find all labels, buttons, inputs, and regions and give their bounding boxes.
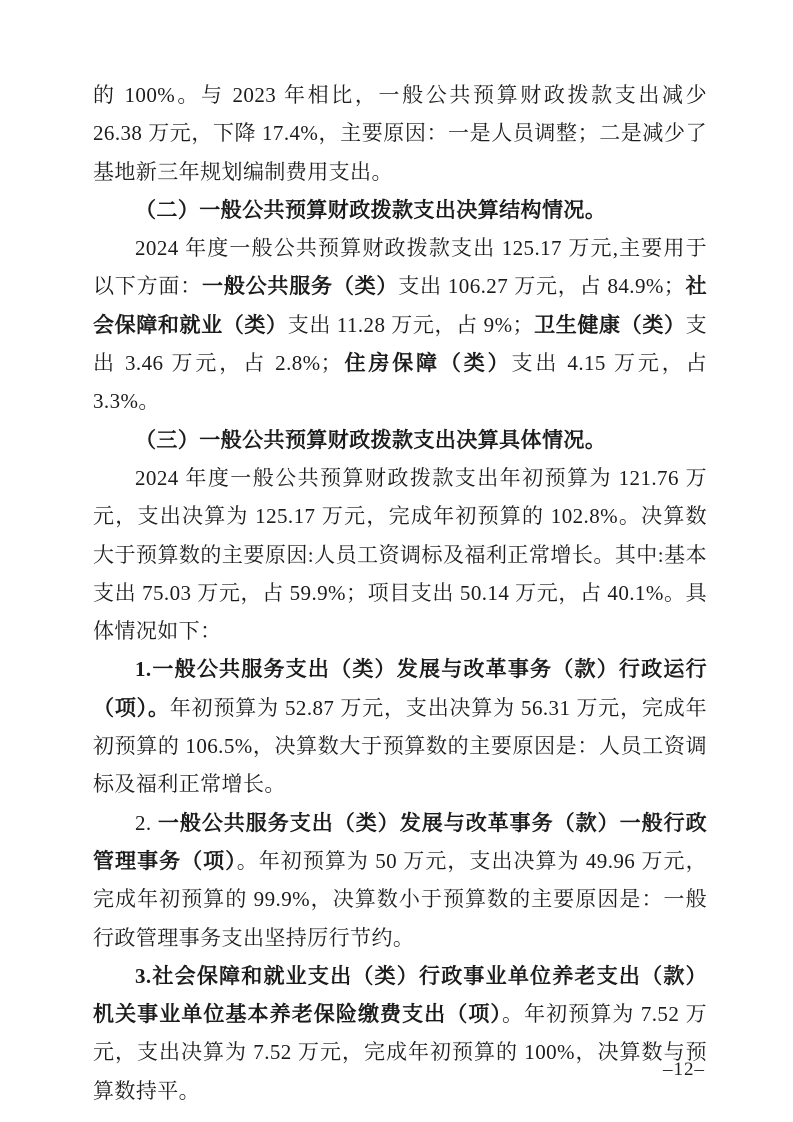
heading-text: （二）一般公共预算财政拨款支出决算结构情况。 — [135, 198, 606, 222]
page-body: 的 100%。与 2023 年相比，一般公共预算财政拨款支出减少 26.38 万… — [93, 76, 707, 1110]
paragraph-text: 的 100%。与 2023 年相比，一般公共预算财政拨款支出减少 26.38 万… — [93, 83, 707, 184]
paragraph-item-1: 1.一般公共服务支出（类）发展与改革事务（款）行政运行（项）。年初预算为 52.… — [93, 650, 707, 803]
text-run-bold: 住房保障（类） — [342, 351, 512, 375]
text-run-bold: 一般公共服务（类） — [202, 274, 398, 298]
paragraph-expenditure-structure: 2024 年度一般公共预算财政拨款支出 125.17 万元,主要用于以下方面：一… — [93, 229, 707, 420]
text-run: 支出 11.28 万元，占 9%； — [288, 313, 534, 337]
paragraph-text: 2024 年度一般公共预算财政拨款支出年初预算为 121.76 万元，支出决算为… — [93, 466, 707, 643]
page-number: –12– — [663, 1059, 705, 1081]
text-run-bold: 卫生健康（类） — [534, 313, 686, 337]
paragraph-expenditure-overview: 2024 年度一般公共预算财政拨款支出年初预算为 121.76 万元，支出决算为… — [93, 459, 707, 650]
paragraph-carryover: 的 100%。与 2023 年相比，一般公共预算财政拨款支出减少 26.38 万… — [93, 76, 707, 191]
heading-section-2: （二）一般公共预算财政拨款支出决算结构情况。 — [93, 191, 707, 229]
paragraph-item-2: 2. 一般公共服务支出（类）发展与改革事务（款）一般行政管理事务（项）。年初预算… — [93, 804, 707, 957]
heading-section-3: （三）一般公共预算财政拨款支出决算具体情况。 — [93, 421, 707, 459]
text-run: 年初预算为 52.87 万元，支出决算为 56.31 万元，完成年初预算的 10… — [93, 696, 707, 797]
heading-text: （三）一般公共预算财政拨款支出决算具体情况。 — [135, 428, 606, 452]
document-page: 的 100%。与 2023 年相比，一般公共预算财政拨款支出减少 26.38 万… — [0, 0, 793, 1122]
text-run: 2. — [135, 811, 158, 835]
paragraph-item-3: 3.社会保障和就业支出（类）行政事业单位养老支出（款）机关事业单位基本养老保险缴… — [93, 957, 707, 1110]
text-run: 支出 106.27 万元，占 84.9%； — [398, 274, 685, 298]
